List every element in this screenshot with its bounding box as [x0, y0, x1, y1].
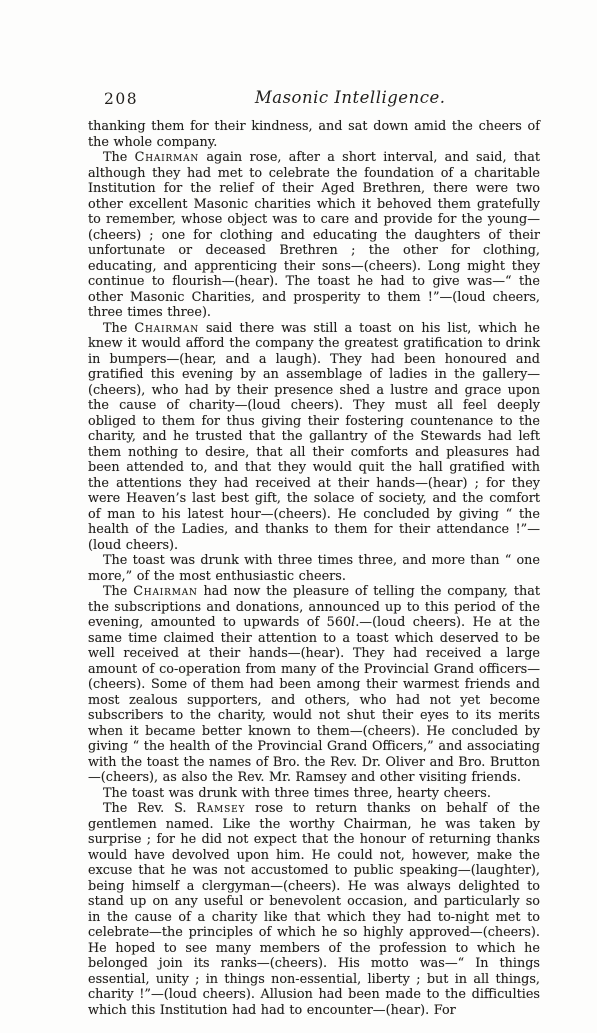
text-segment: again rose, after a short interval, and … [88, 150, 540, 320]
text-segment: The Rev. S. [103, 801, 196, 816]
paragraph: thanking them for their kindness, and sa… [88, 119, 540, 150]
text-segment: The [103, 150, 135, 165]
text-segment: Chairman [135, 150, 199, 165]
paragraph: The toast was drunk with three times thr… [88, 553, 540, 584]
text-segment: rose to return thanks on behalf of the g… [88, 801, 540, 1018]
page-number: 208 [104, 90, 138, 108]
scanned-book-page: 208 Masonic Intelligence. thanking them … [0, 0, 597, 1033]
paragraph: The Chairman said there was still a toas… [88, 321, 540, 554]
page-header: 208 Masonic Intelligence. [88, 88, 540, 108]
paragraph: The Rev. S. Ramsey rose to return thanks… [88, 801, 540, 1018]
paragraph: The Chairman had now the pleasure of tel… [88, 584, 540, 786]
text-segment: Chairman [134, 321, 198, 336]
page-body: thanking them for their kindness, and sa… [88, 119, 540, 1018]
text-segment: The [103, 321, 134, 336]
page-content: 208 Masonic Intelligence. thanking them … [88, 88, 540, 1018]
text-segment: The [103, 584, 133, 599]
text-segment: The toast was drunk with three times thr… [103, 786, 491, 801]
text-segment: The toast was drunk with three times thr… [88, 553, 540, 584]
text-segment: .—(loud cheers). He at the same time cla… [88, 615, 540, 785]
paragraph: The toast was drunk with three times thr… [88, 786, 540, 802]
paragraph: The Chairman again rose, after a short i… [88, 150, 540, 321]
text-segment: Ramsey [196, 801, 245, 816]
text-segment: Chairman [133, 584, 197, 599]
text-segment: said there was still a toast on his list… [88, 321, 540, 553]
running-title: Masonic Intelligence. [255, 88, 446, 107]
text-segment: thanking them for their kindness, and sa… [88, 119, 540, 150]
